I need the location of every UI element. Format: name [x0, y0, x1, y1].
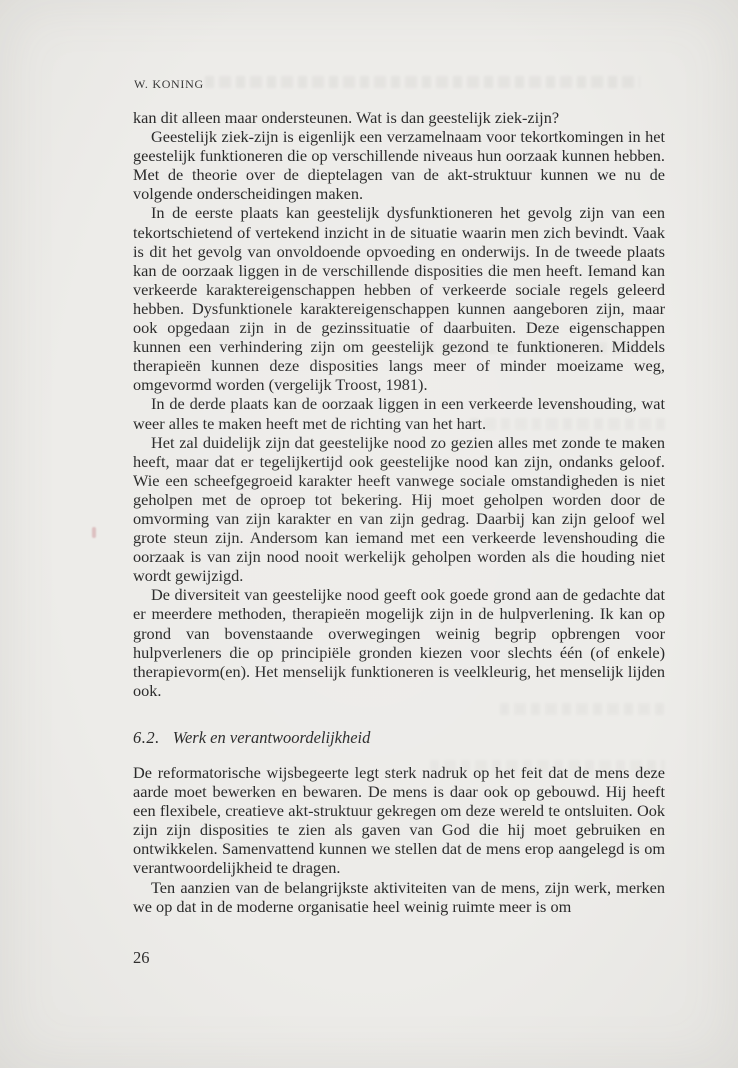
- body-text-block: kan dit alleen maar ondersteunen. Wat is…: [133, 108, 665, 916]
- ink-speck-artifact: [92, 527, 96, 538]
- paragraph: In de eerste plaats kan geestelijk dysfu…: [133, 203, 665, 394]
- section-number: 6.2.: [133, 728, 160, 747]
- paragraph: De reformatorische wijsbegeerte legt ste…: [133, 763, 665, 878]
- paragraph: Het zal duidelijk zijn dat geestelijke n…: [133, 433, 665, 586]
- page-number: 26: [133, 948, 150, 968]
- scanned-book-page: W. KONING kan dit alleen maar ondersteun…: [0, 0, 738, 1068]
- paragraph: De diversiteit van geestelijke nood geef…: [133, 585, 665, 700]
- bleed-through-artifact: [205, 76, 640, 88]
- running-header: W. KONING: [134, 77, 204, 92]
- paragraph: Ten aanzien van de belangrijkste aktivit…: [133, 878, 665, 916]
- paragraph: kan dit alleen maar ondersteunen. Wat is…: [133, 108, 665, 127]
- paragraph: In de derde plaats kan de oorzaak liggen…: [133, 394, 665, 432]
- paragraph: Geestelijk ziek-zijn is eigenlijk een ve…: [133, 127, 665, 203]
- section-heading: 6.2.Werk en verantwoordelijkheid: [133, 728, 665, 747]
- section-title: Werk en verantwoordelijkheid: [173, 728, 371, 747]
